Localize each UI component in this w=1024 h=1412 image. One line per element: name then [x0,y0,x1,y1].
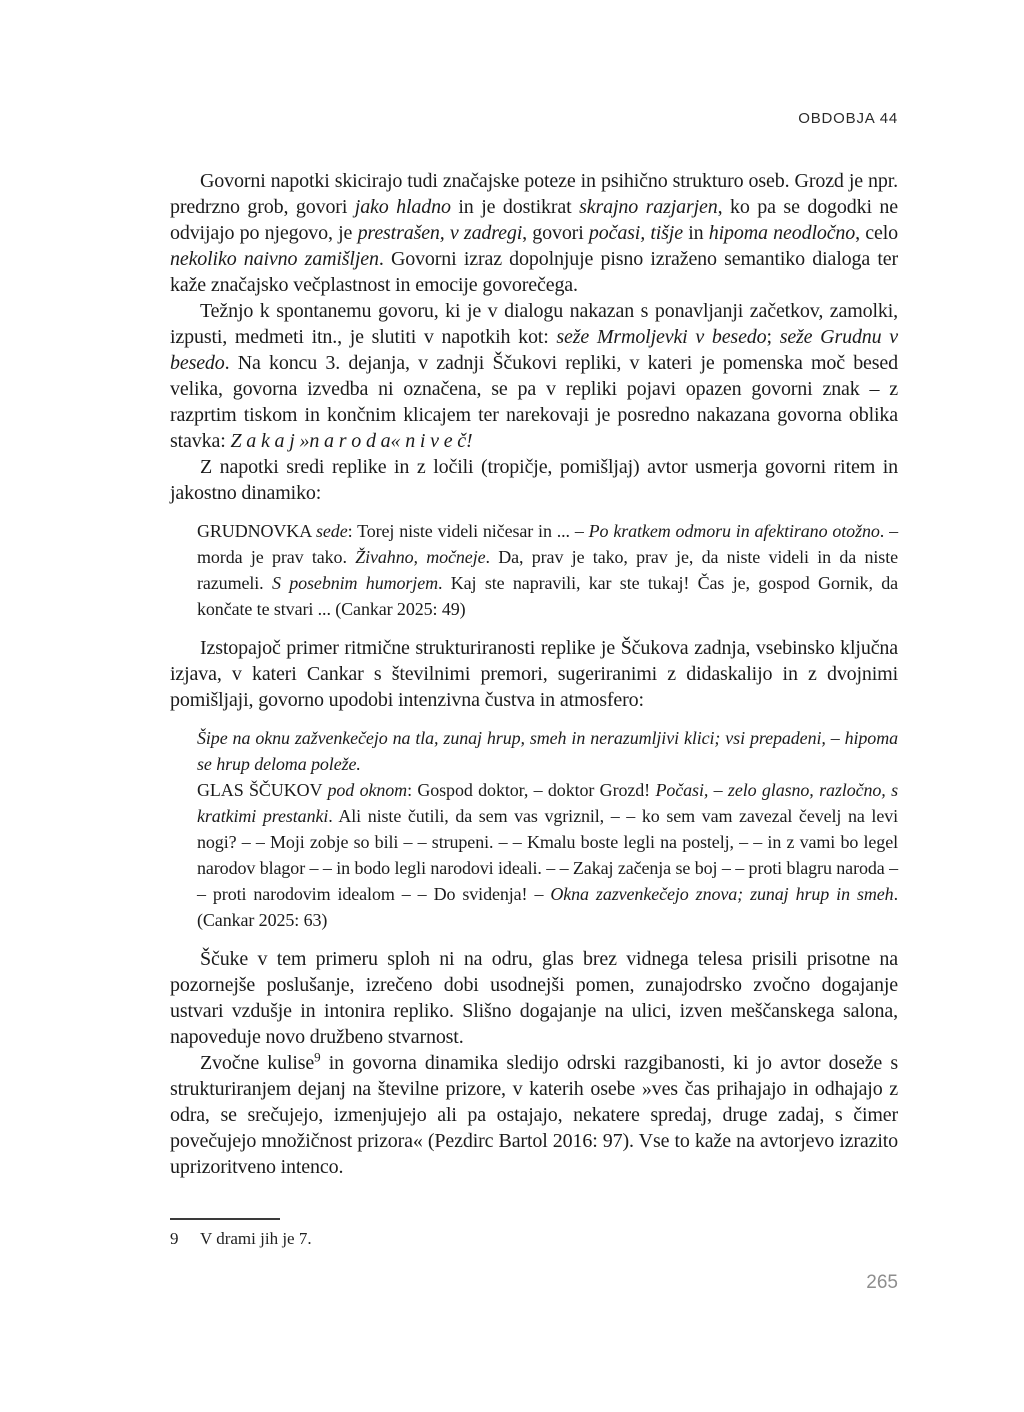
text-segment: Izstopajoč primer ritmične strukturirano… [170,637,898,711]
paragraph: Izstopajoč primer ritmične strukturirano… [170,635,898,713]
text-segment: počasi, tišje [589,222,683,244]
document-body: Govorni napotki skicirajo tudi značajske… [170,168,898,1180]
text-segment: jako hladno [355,196,451,218]
running-head: OBDOBJA 44 [170,110,898,127]
text-segment: Po kratkem odmoru in afektirano otožno [589,521,880,541]
text-segment: pod oknom [327,780,407,800]
text-segment: in [683,222,709,244]
text-segment: Z napotki sredi replike in z ločili (tro… [170,456,898,504]
text-segment: : Gospod doktor, – doktor Grozd! [407,780,655,800]
text-segment: nekoliko naivno zamišljen [170,248,379,270]
paragraph: Z napotki sredi replike in z ločili (tro… [170,454,898,506]
footnote-text: V drami jih je 7. [200,1229,312,1248]
footnote: 9V drami jih je 7. [170,1228,898,1250]
block-quote: GRUDNOVKA sede: Torej niste videli ničes… [197,518,898,622]
text-segment: seže Mrmoljevki v besedo [556,326,766,348]
text-segment: prestrašen, v zadregi [358,222,523,244]
text-segment: ; [767,326,780,348]
text-segment: : Torej niste videli ničesar in ... – [348,521,589,541]
text-segment: Zvočne kulise [200,1052,314,1074]
page-number: 265 [170,1272,898,1294]
text-segment: Z a k a j »n a r o d a« n i v e č! [230,430,472,452]
text-segment: Ščuke v tem primeru sploh ni na odru, gl… [170,948,898,1048]
text-segment: Okna zazvenkečejo znova; zunaj hrup in s… [550,884,893,904]
text-segment: , govori [522,222,589,244]
paragraph: Govorni napotki skicirajo tudi značajske… [170,168,898,298]
text-segment: sede [316,521,348,541]
footnote-rule [170,1218,280,1220]
text-segment: hipoma neodločno [709,222,855,244]
paragraph: Težnjo k spontanemu govoru, ki je v dial… [170,298,898,454]
text-segment: Živahno, močneje [355,547,485,567]
footnote-block: 9V drami jih je 7. [170,1218,898,1250]
text-segment: S posebnim humorjem [272,573,438,593]
text-segment: Šipe na oknu zažvenkečejo na tla, zunaj … [197,728,898,774]
footnote-marker: 9 [170,1228,200,1250]
journal-label: OBDOBJA 44 [798,110,898,127]
paragraph: Zvočne kulise9 in govorna dinamika sledi… [170,1050,898,1180]
text-segment: GRUDNOVKA [197,521,316,541]
text-segment: , celo [855,222,898,244]
text-segment: GLAS ŠČUKOV [197,780,327,800]
block-quote: Šipe na oknu zažvenkečejo na tla, zunaj … [197,725,898,933]
text-segment: in je dostikrat [451,196,579,218]
paragraph: Ščuke v tem primeru sploh ni na odru, gl… [170,946,898,1050]
text-segment: skrajno razjarjen [579,196,718,218]
